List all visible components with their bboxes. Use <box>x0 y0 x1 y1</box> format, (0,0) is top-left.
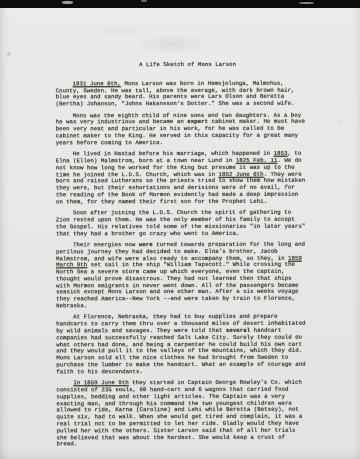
paragraph-text: Soon after joining the L.D.S. Church the… <box>56 209 305 237</box>
scan-artifact <box>141 0 147 2</box>
scan-edge-top <box>0 0 360 8</box>
paragraph-text: they started in Captain George Rowley's … <box>56 379 302 448</box>
paragraph: 1831 June 8th, Mons Larson was born in H… <box>56 80 308 108</box>
scanned-page: A Life Sketch of Mons Larson 1831 June 8… <box>0 0 360 459</box>
paragraph: At Florence, Nebraska, they had to buy s… <box>56 314 308 376</box>
paragraph-text: set sail in the ship "William Tapscott."… <box>56 261 298 309</box>
page-title: A Life Sketch of Mons Larson <box>55 62 307 69</box>
document-body: 1831 June 8th, Mons Larson was born in H… <box>56 80 309 448</box>
paragraph-text: handcart companies had successfully reac… <box>56 327 305 375</box>
scan-artifact <box>62 1 73 4</box>
paragraph: In 1859 June 9th they started in Captain… <box>56 380 308 449</box>
paragraph: Soon after joining the L.D.S. Church the… <box>56 210 308 238</box>
paragraph: He lived in Hastad before his marriage, … <box>56 151 308 206</box>
paragraph: Their energies now were turned towards p… <box>56 242 308 311</box>
paragraph: Mons was the eighth child of nine sons a… <box>56 112 308 147</box>
document: A Life Sketch of Mons Larson 1831 June 8… <box>55 62 308 453</box>
scan-artifact <box>299 2 314 4</box>
